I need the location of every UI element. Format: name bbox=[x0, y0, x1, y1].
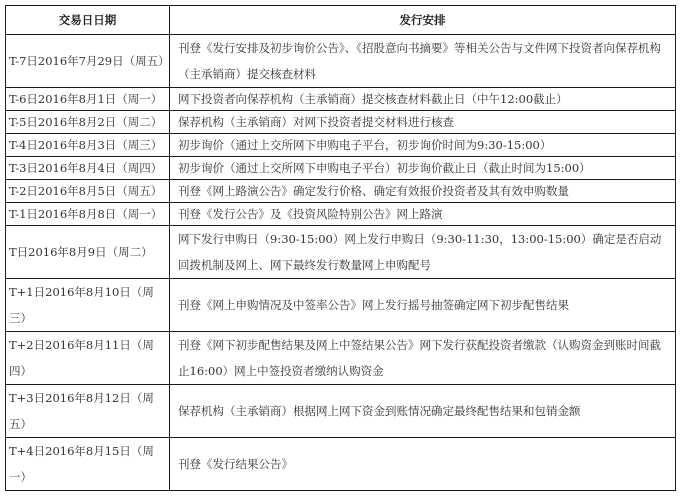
trade-date-cell: T+3日2016年8月12日（周五） bbox=[6, 385, 170, 438]
table-row: T+2日2016年8月11日（周四） 刊登《网下初步配售结果及网上中签结果公告》… bbox=[6, 332, 676, 385]
arrangement-cell: 网下发行申购日（9:30-15:00）网上发行申购日（9:30-11:30，13… bbox=[170, 226, 676, 279]
table-body: T-7日2016年7月29日（周五） 刊登《发行安排及初步询价公告》、《招股意向… bbox=[6, 35, 676, 491]
table-row: T-7日2016年7月29日（周五） 刊登《发行安排及初步询价公告》、《招股意向… bbox=[6, 35, 676, 88]
trade-date-cell: T+1日2016年8月10日（周三） bbox=[6, 279, 170, 332]
arrangement-cell: 刊登《发行结果公告》 bbox=[170, 438, 676, 491]
table-row: T日2016年8月9日（周二） 网下发行申购日（9:30-15:00）网上发行申… bbox=[6, 226, 676, 279]
table-row: T-6日2016年8月1日（周一） 网下投资者向保荐机构（主承销商）提交核查材料… bbox=[6, 88, 676, 111]
arrangement-cell: 网下投资者向保荐机构（主承销商）提交核查材料截止日（中午12:00截止） bbox=[170, 88, 676, 111]
table-row: T+4日2016年8月15日（周一） 刊登《发行结果公告》 bbox=[6, 438, 676, 491]
trade-date-cell: T-7日2016年7月29日（周五） bbox=[6, 35, 170, 88]
table-row: T+3日2016年8月12日（周五） 保荐机构（主承销商）根据网上网下资金到账情… bbox=[6, 385, 676, 438]
trade-date-cell: T+4日2016年8月15日（周一） bbox=[6, 438, 170, 491]
table-row: T-1日2016年8月8日（周一） 刊登《发行公告》及《投资风险特别公告》网上路… bbox=[6, 203, 676, 226]
trade-date-cell: T-5日2016年8月2日（周二） bbox=[6, 111, 170, 134]
arrangement-cell: 刊登《发行公告》及《投资风险特别公告》网上路演 bbox=[170, 203, 676, 226]
trade-date-cell: T-1日2016年8月8日（周一） bbox=[6, 203, 170, 226]
arrangement-cell: 保荐机构（主承销商）根据网上网下资金到账情况确定最终配售结果和包销金额 bbox=[170, 385, 676, 438]
table-row: T-5日2016年8月2日（周二） 保荐机构（主承销商）对网下投资者提交材料进行… bbox=[6, 111, 676, 134]
table-row: T-3日2016年8月4日（周四） 初步询价（通过上交所网下申购电子平台）初步询… bbox=[6, 157, 676, 180]
arrangement-cell: 刊登《网下初步配售结果及网上中签结果公告》网下发行获配投资者缴款（认购资金到账时… bbox=[170, 332, 676, 385]
trade-date-cell: T日2016年8月9日（周二） bbox=[6, 226, 170, 279]
header-arrangement: 发行安排 bbox=[170, 6, 676, 35]
trade-date-cell: T+2日2016年8月11日（周四） bbox=[6, 332, 170, 385]
trade-date-cell: T-2日2016年8月5日（周五） bbox=[6, 180, 170, 203]
trade-date-cell: T-6日2016年8月1日（周一） bbox=[6, 88, 170, 111]
arrangement-cell: 保荐机构（主承销商）对网下投资者提交材料进行核查 bbox=[170, 111, 676, 134]
arrangement-cell: 刊登《发行安排及初步询价公告》、《招股意向书摘要》等相关公告与文件网下投资者向保… bbox=[170, 35, 676, 88]
header-trade-date: 交易日日期 bbox=[6, 6, 170, 35]
table-row: T+1日2016年8月10日（周三） 刊登《网上申购情况及中签率公告》网上发行摇… bbox=[6, 279, 676, 332]
trade-date-cell: T-4日2016年8月3日（周三） bbox=[6, 134, 170, 157]
table-row: T-2日2016年8月5日（周五） 刊登《网上路演公告》确定发行价格、确定有效报… bbox=[6, 180, 676, 203]
table-header-row: 交易日日期 发行安排 bbox=[6, 6, 676, 35]
trade-date-cell: T-3日2016年8月4日（周四） bbox=[6, 157, 170, 180]
issuance-schedule-table: 交易日日期 发行安排 T-7日2016年7月29日（周五） 刊登《发行安排及初步… bbox=[5, 5, 676, 491]
arrangement-cell: 刊登《网上路演公告》确定发行价格、确定有效报价投资者及其有效申购数量 bbox=[170, 180, 676, 203]
arrangement-cell: 刊登《网上申购情况及中签率公告》网上发行摇号抽签确定网下初步配售结果 bbox=[170, 279, 676, 332]
table-row: T-4日2016年8月3日（周三） 初步询价（通过上交所网下申购电子平台，初步询… bbox=[6, 134, 676, 157]
arrangement-cell: 初步询价（通过上交所网下申购电子平台，初步询价时间为9:30-15:00） bbox=[170, 134, 676, 157]
arrangement-cell: 初步询价（通过上交所网下申购电子平台）初步询价截止日（截止时间为15:00） bbox=[170, 157, 676, 180]
